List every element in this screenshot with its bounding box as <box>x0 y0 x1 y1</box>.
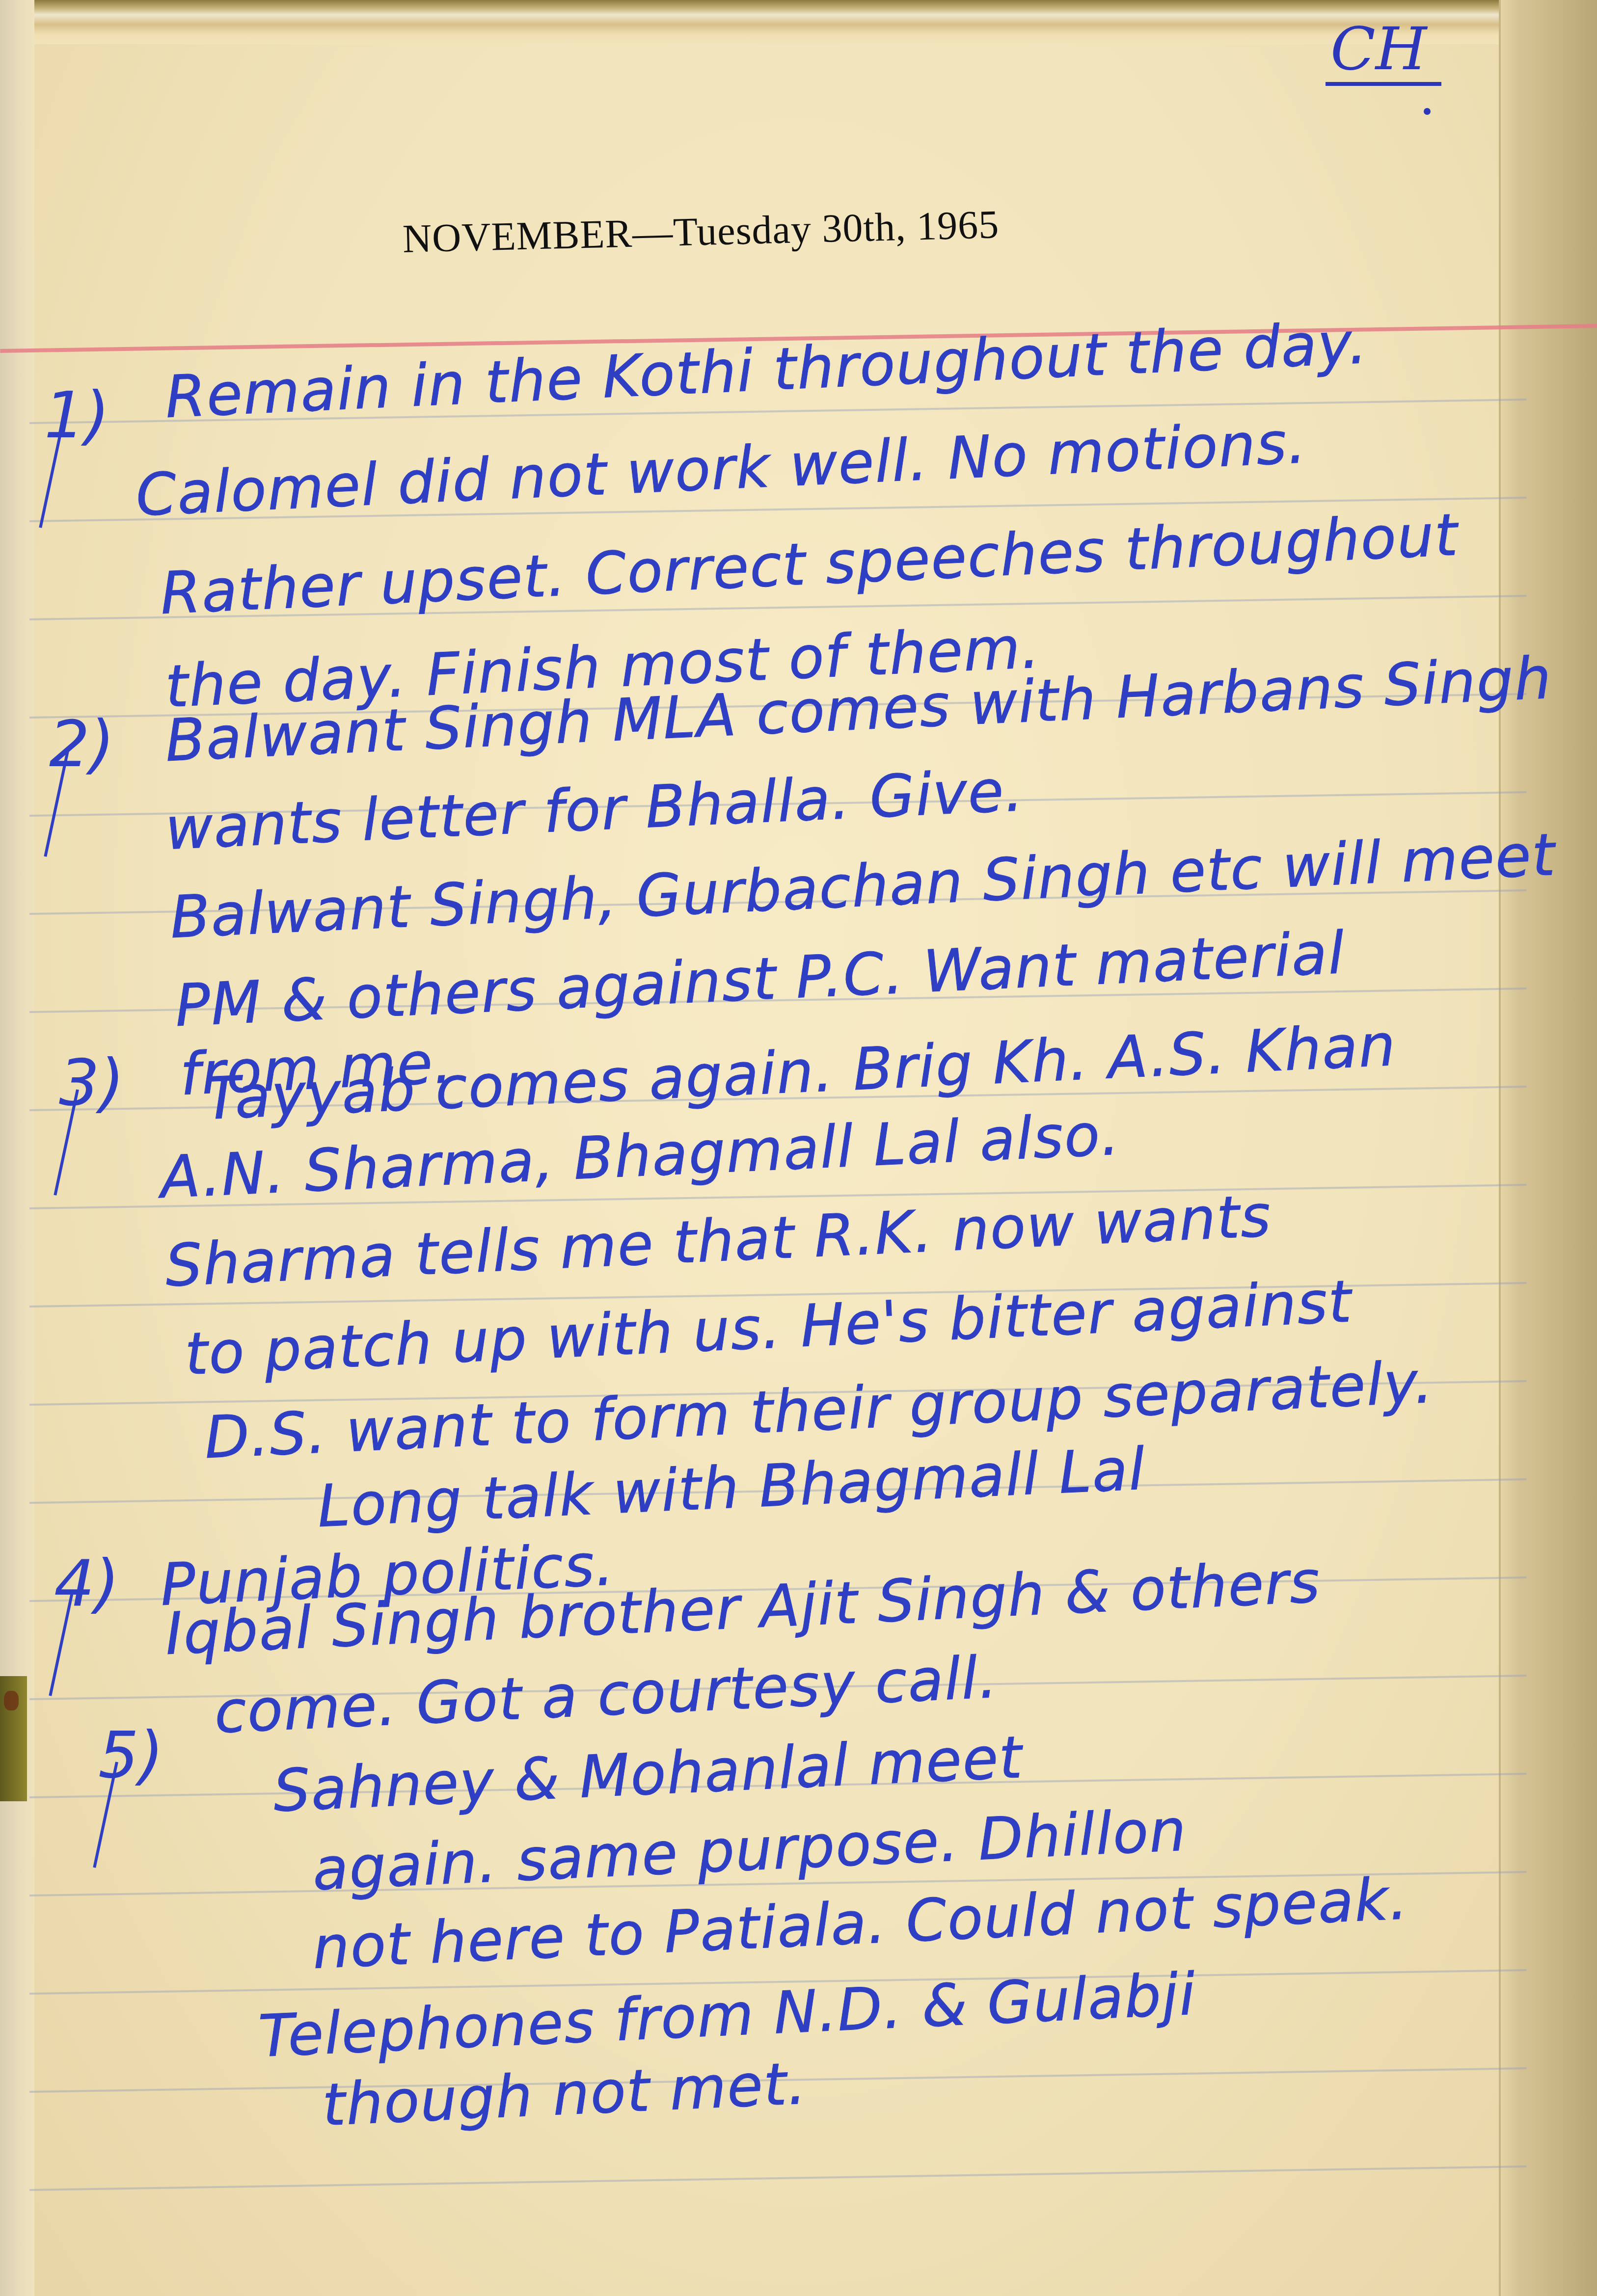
entry-number: 5) <box>98 1718 163 1792</box>
corner-initials: CH <box>1326 17 1441 86</box>
diary-page: CH NOVEMBER—Tuesday 30th, 1965 1) Remain… <box>0 0 1597 2296</box>
entry-number: 2) <box>49 707 114 781</box>
ruled-line <box>29 2165 1527 2191</box>
header-month: NOVEMBER <box>402 211 633 261</box>
binding-tab <box>0 1676 27 1801</box>
header-date: Tuesday 30th, 1965 <box>673 202 1000 254</box>
entry-number: 1) <box>44 378 109 453</box>
page-left-edge <box>0 0 34 2296</box>
ink-dot <box>1424 108 1431 115</box>
entry-line: Rather upset. Correct speeches throughou… <box>159 501 1460 627</box>
stain-mark <box>4 1691 19 1710</box>
entry-number: 3) <box>59 1045 124 1120</box>
entry-number: 4) <box>54 1546 119 1621</box>
entry-line: wants letter for Bhalla. Give. <box>164 756 1026 863</box>
entry-line: Remain in the Kothi throughout the day. <box>164 309 1369 431</box>
page-gutter <box>1499 0 1597 2296</box>
header-dash: — <box>632 210 674 256</box>
page-date-header: NOVEMBER—Tuesday 30th, 1965 <box>402 201 1000 262</box>
